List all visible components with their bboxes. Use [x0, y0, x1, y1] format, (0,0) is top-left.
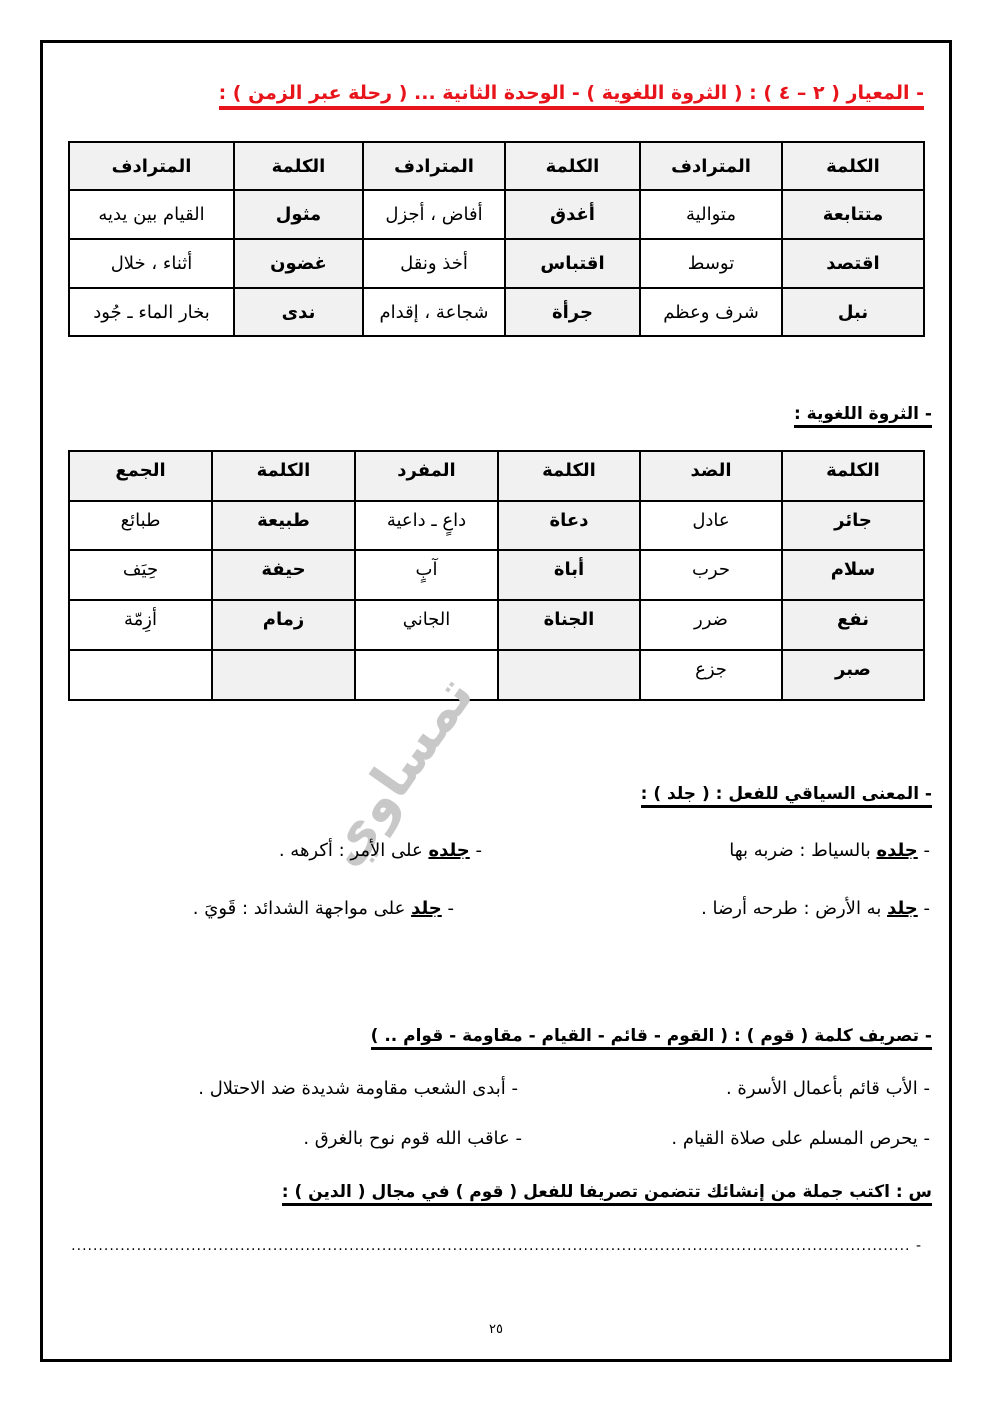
- table-row: نبل شرف وعظم جرأة شجاعة ، إقدام ندى بخار…: [69, 288, 924, 336]
- word-cell: زمام: [212, 600, 355, 650]
- example-sentence: - الأب قائم بأعمال الأسرة .: [726, 1078, 930, 1099]
- singular-cell: داعٍ ـ داعية: [355, 501, 498, 550]
- header-cell: الجمع: [69, 451, 212, 501]
- header-cell: الكلمة: [498, 451, 640, 501]
- word-cell-empty: [212, 650, 355, 700]
- keyword: جلد: [411, 898, 442, 919]
- word-cell: طبيعة: [212, 501, 355, 550]
- word-cell: اقتباس: [505, 239, 640, 288]
- header-cell: الكلمة: [505, 142, 640, 190]
- plural-cell-empty: [69, 650, 212, 700]
- table-header-row: الكلمة المترادف الكلمة المترادف الكلمة ا…: [69, 142, 924, 190]
- synonym-cell: أفاض ، أجزل: [363, 190, 505, 239]
- header-cell: المترادف: [363, 142, 505, 190]
- word-cell: نفع: [782, 600, 924, 650]
- antonym-cell: عادل: [640, 501, 782, 550]
- keyword: جلده: [428, 840, 469, 861]
- header-cell: الكلمة: [782, 451, 924, 501]
- meaning-item: - جلد على مواجهة الشدائد : قَويَ .: [193, 898, 454, 919]
- page-title: - المعيار ( ٢ – ٤ ) : ( الثروة اللغوية )…: [219, 82, 924, 104]
- word-cell: جرأة: [505, 288, 640, 336]
- table-row: اقتصد توسط اقتباس أخذ ونقل غضون أثناء ، …: [69, 239, 924, 288]
- vocab-table: الكلمة الضد الكلمة المفرد الكلمة الجمع ج…: [68, 450, 925, 701]
- header-cell: المترادف: [640, 142, 782, 190]
- title-underline: [219, 106, 924, 110]
- page-number: ٢٥: [0, 1322, 992, 1337]
- synonym-cell: شجاعة ، إقدام: [363, 288, 505, 336]
- word-cell: نبل: [782, 288, 924, 336]
- synonym-cell: القيام بين يديه: [69, 190, 234, 239]
- table-row: متتابعة متوالية أغدق أفاض ، أجزل مثول ال…: [69, 190, 924, 239]
- synonym-cell: أثناء ، خلال: [69, 239, 234, 288]
- example-sentence: - عاقب الله قوم نوح بالغرق .: [303, 1128, 522, 1149]
- meaning-item: - جلد به الأرض : طرحه أرضا .: [701, 898, 930, 919]
- question-prompt: س : اكتب جملة من إنشائك تتضمن تصريفا للف…: [282, 1182, 932, 1206]
- page-title-text: - المعيار ( ٢ – ٤ ) : ( الثروة اللغوية )…: [219, 82, 924, 104]
- word-cell: أغدق: [505, 190, 640, 239]
- synonyms-table: الكلمة المترادف الكلمة المترادف الكلمة ا…: [68, 141, 925, 337]
- table-row: صبر جزع: [69, 650, 924, 700]
- table-row: جائر عادل دعاة داعٍ ـ داعية طبيعة طبائع: [69, 501, 924, 550]
- word-cell: صبر: [782, 650, 924, 700]
- meaning-item: - جلده على الأمر : أكرهه .: [279, 840, 482, 861]
- example-sentence: - أبدى الشعب مقاومة شديدة ضد الاحتلال .: [198, 1078, 518, 1099]
- table-row: سلام حرب أباة آبٍ حيفة حِيَف: [69, 550, 924, 600]
- singular-cell: آبٍ: [355, 550, 498, 600]
- keyword: جلده: [876, 840, 917, 861]
- table-row: نفع ضرر الجناة الجاني زمام أزِمّة: [69, 600, 924, 650]
- synonym-cell: شرف وعظم: [640, 288, 782, 336]
- header-cell: المترادف: [69, 142, 234, 190]
- antonym-cell: ضرر: [640, 600, 782, 650]
- plural-cell: أزِمّة: [69, 600, 212, 650]
- antonym-cell: حرب: [640, 550, 782, 600]
- antonym-cell: جزع: [640, 650, 782, 700]
- table-header-row: الكلمة الضد الكلمة المفرد الكلمة الجمع: [69, 451, 924, 501]
- synonym-cell: بخار الماء ـ جُود: [69, 288, 234, 336]
- plural-cell: حِيَف: [69, 550, 212, 600]
- word-cell: أباة: [498, 550, 640, 600]
- word-cell-empty: [498, 650, 640, 700]
- word-cell: سلام: [782, 550, 924, 600]
- keyword: جلد: [887, 898, 918, 919]
- synonym-cell: توسط: [640, 239, 782, 288]
- synonym-cell: متوالية: [640, 190, 782, 239]
- word-cell: متتابعة: [782, 190, 924, 239]
- word-cell: غضون: [234, 239, 363, 288]
- singular-cell: الجاني: [355, 600, 498, 650]
- conjugation-title: - تصريف كلمة ( قوم ) : ( القوم - قائم - …: [371, 1026, 932, 1050]
- plural-cell: طبائع: [69, 501, 212, 550]
- word-cell: دعاة: [498, 501, 640, 550]
- contextual-meaning-title: - المعنى السياقي للفعل : ( جلد ) :: [641, 784, 932, 808]
- word-cell: حيفة: [212, 550, 355, 600]
- header-cell: الكلمة: [234, 142, 363, 190]
- word-cell: ندى: [234, 288, 363, 336]
- meaning-item: - جلده بالسياط : ضربه بها: [729, 840, 930, 861]
- header-cell: الكلمة: [782, 142, 924, 190]
- answer-line[interactable]: - ......................................…: [72, 1238, 922, 1254]
- header-cell: الكلمة: [212, 451, 355, 501]
- word-cell: اقتصد: [782, 239, 924, 288]
- synonym-cell: أخذ ونقل: [363, 239, 505, 288]
- vocab-section-title: - الثروة اللغوية :: [794, 404, 932, 428]
- header-cell: المفرد: [355, 451, 498, 501]
- word-cell: مثول: [234, 190, 363, 239]
- word-cell: جائر: [782, 501, 924, 550]
- word-cell: الجناة: [498, 600, 640, 650]
- example-sentence: - يحرص المسلم على صلاة القيام .: [671, 1128, 930, 1149]
- header-cell: الضد: [640, 451, 782, 501]
